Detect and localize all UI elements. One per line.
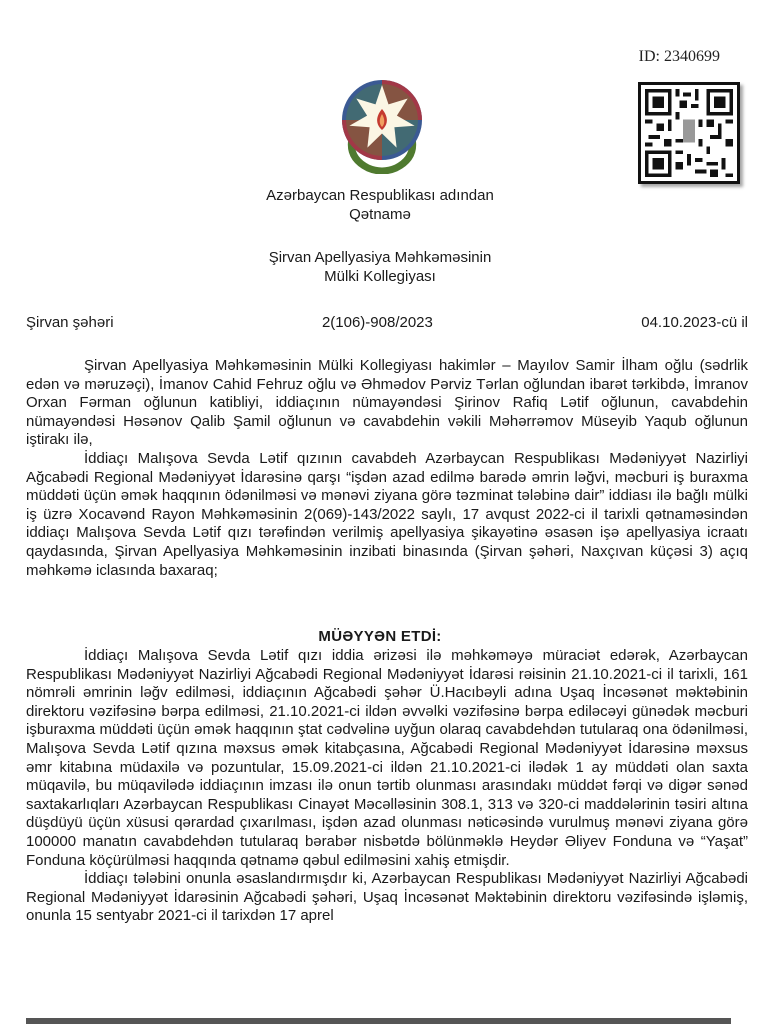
court-name: Şirvan Apellyasiya Məhkəməsinin	[0, 248, 760, 267]
paragraph-claim: İddiaçı Malışova Sevda Lətif qızı iddia …	[26, 647, 748, 870]
qr-code-icon	[638, 82, 740, 184]
case-meta-row: Şirvan şəhəri 2(106)-908/2023 04.10.2023…	[26, 314, 748, 331]
header-line-judgment: Qətnamə	[0, 205, 760, 224]
header-line-republic: Azərbaycan Respublikası adından	[0, 186, 760, 205]
case-number: 2(106)-908/2023	[322, 314, 433, 331]
page-bottom-rule	[26, 1018, 731, 1024]
paragraph-claim-basis: İddiaçı tələbini onunla əsaslandırmışdır…	[26, 870, 748, 926]
document-page: ID: 2340699	[0, 0, 760, 1024]
court-division: Mülki Kollegiyası	[0, 267, 760, 286]
case-city: Şirvan şəhəri	[26, 314, 114, 331]
document-id: ID: 2340699	[639, 48, 720, 66]
court-header: Şirvan Apellyasiya Məhkəməsinin Mülki Ko…	[0, 248, 760, 286]
paragraph-panel-composition: Şirvan Apellyasiya Məhkəməsinin Mülki Ko…	[26, 357, 748, 450]
state-emblem-icon	[338, 76, 426, 174]
findings-section: İddiaçı Malışova Sevda Lətif qızı iddia …	[26, 647, 748, 926]
intro-section: Şirvan Apellyasiya Məhkəməsinin Mülki Ko…	[26, 357, 748, 580]
judgment-header: Azərbaycan Respublikası adından Qətnamə	[0, 186, 760, 224]
case-date: 04.10.2023-cü il	[641, 314, 748, 331]
paragraph-case-subject: İddiaçı Malışova Sevda Lətif qızının cav…	[26, 450, 748, 580]
section-title-findings: MÜƏYYƏN ETDİ:	[0, 628, 760, 645]
